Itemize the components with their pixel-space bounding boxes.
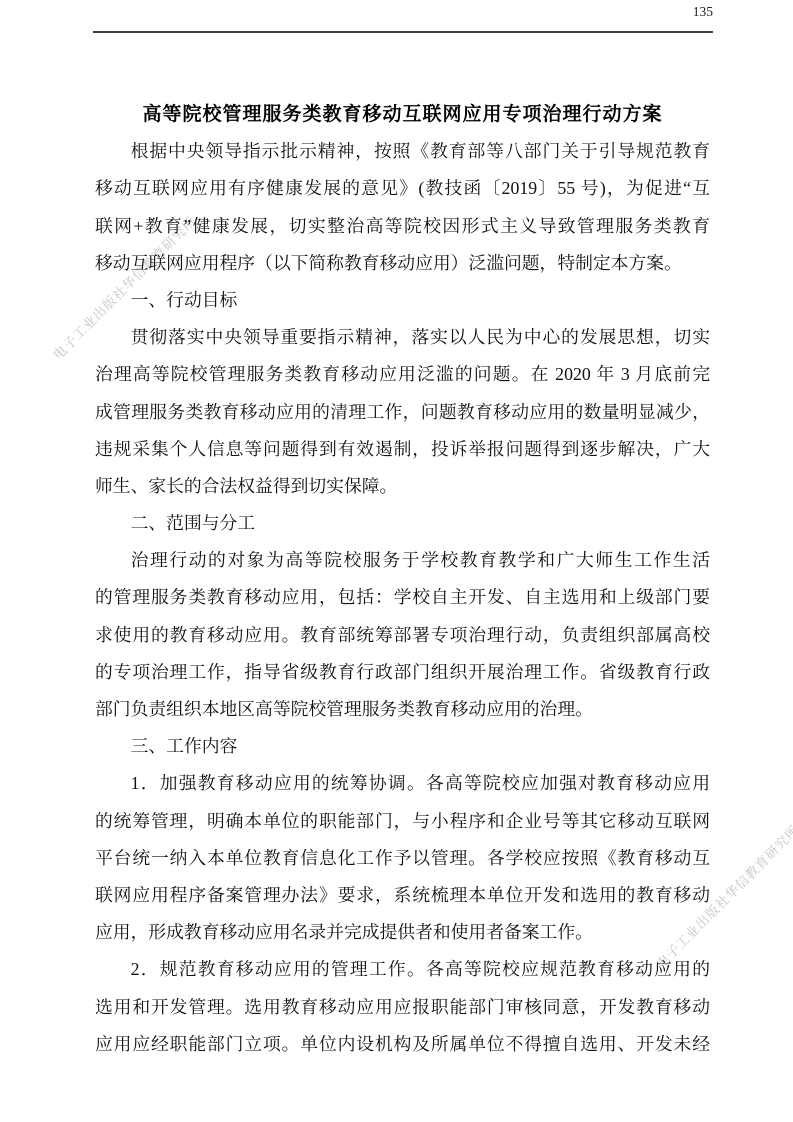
text-line: 治理行动的对象为高等院校服务于学校教育教学和广大师生工作生活 <box>95 542 710 579</box>
section-heading: 一、行动目标 <box>95 282 710 319</box>
text-line: 成管理服务类教育移动应用的清理工作，问题教育移动应用的数量明显减少， <box>95 394 710 431</box>
section-heading: 二、范围与分工 <box>95 505 710 542</box>
text-line: 平台统一纳入本单位教育信息化工作予以管理。各学校应按照《教育移动互 <box>95 840 710 877</box>
section-heading: 三、工作内容 <box>95 728 710 765</box>
text-line: 的专项治理工作，指导省级教育行政部门组织开展治理工作。省级教育行政 <box>95 654 710 691</box>
text-line: 三、工作内容 <box>95 728 710 765</box>
document-page: 135 电子工业出版社华信教育研究所 电子工业出版社华信教育研究所 高等院校管理… <box>0 0 793 1122</box>
text-line: 高等院校管理服务类教育移动互联网应用专项治理行动方案 <box>95 96 710 133</box>
text-line: 的管理服务类教育移动应用，包括：学校自主开发、自主选用和上级部门要 <box>95 579 710 616</box>
text-line: 二、范围与分工 <box>95 505 710 542</box>
text-line: 移动互联网应用程序（以下简称教育移动应用）泛滥问题，特制定本方案。 <box>95 245 710 282</box>
text-line: 应用，形成教育移动应用名录并完成提供者和使用者备案工作。 <box>95 914 710 951</box>
paragraph: 1．加强教育移动应用的统筹协调。各高等院校应加强对教育移动应用的统筹管理，明确本… <box>95 765 710 951</box>
document-title: 高等院校管理服务类教育移动互联网应用专项治理行动方案 <box>95 96 710 133</box>
text-line: 2．规范教育移动应用的管理工作。各高等院校应规范教育移动应用的 <box>95 951 710 988</box>
paragraph: 2．规范教育移动应用的管理工作。各高等院校应规范教育移动应用的选用和开发管理。选… <box>95 951 710 1063</box>
text-line: 一、行动目标 <box>95 282 710 319</box>
text-line: 选用和开发管理。选用教育移动应用应报职能部门审核同意，开发教育移动 <box>95 989 710 1026</box>
text-line: 部门负责组织本地区高等院校管理服务类教育移动应用的治理。 <box>95 691 710 728</box>
text-line: 联网+教育”健康发展，切实整治高等院校因形式主义导致管理服务类教育 <box>95 208 710 245</box>
text-line: 移动互联网应用有序健康发展的意见》(教技函〔2019〕55 号)，为促进“互 <box>95 170 710 207</box>
text-line: 应用应经职能部门立项。单位内设机构及所属单位不得擅自选用、开发未经 <box>95 1026 710 1063</box>
text-line: 贯彻落实中央领导重要指示精神，落实以人民为中心的发展思想，切实 <box>95 319 710 356</box>
text-line: 联网应用程序备案管理办法》要求，系统梳理本单位开发和选用的教育移动 <box>95 877 710 914</box>
paragraph: 根据中央领导指示批示精神，按照《教育部等八部门关于引导规范教育移动互联网应用有序… <box>95 133 710 282</box>
text-line: 的统筹管理，明确本单位的职能部门，与小程序和企业号等其它移动互联网 <box>95 803 710 840</box>
text-line: 根据中央领导指示批示精神，按照《教育部等八部门关于引导规范教育 <box>95 133 710 170</box>
text-line: 1．加强教育移动应用的统筹协调。各高等院校应加强对教育移动应用 <box>95 765 710 802</box>
text-line: 违规采集个人信息等问题得到有效遏制，投诉举报问题得到逐步解决，广大 <box>95 431 710 468</box>
paragraph: 治理行动的对象为高等院校服务于学校教育教学和广大师生工作生活的管理服务类教育移动… <box>95 542 710 728</box>
header-rule <box>93 31 713 33</box>
text-line: 治理高等院校管理服务类教育移动应用泛滥的问题。在 2020 年 3 月底前完 <box>95 356 710 393</box>
paragraph: 贯彻落实中央领导重要指示精神，落实以人民为中心的发展思想，切实治理高等院校管理服… <box>95 319 710 505</box>
text-line: 师生、家长的合法权益得到切实保障。 <box>95 468 710 505</box>
text-line: 求使用的教育移动应用。教育部统筹部署专项治理行动，负责组织部属高校 <box>95 617 710 654</box>
page-number: 135 <box>693 3 713 21</box>
document-body: 高等院校管理服务类教育移动互联网应用专项治理行动方案根据中央领导指示批示精神，按… <box>95 96 710 1063</box>
